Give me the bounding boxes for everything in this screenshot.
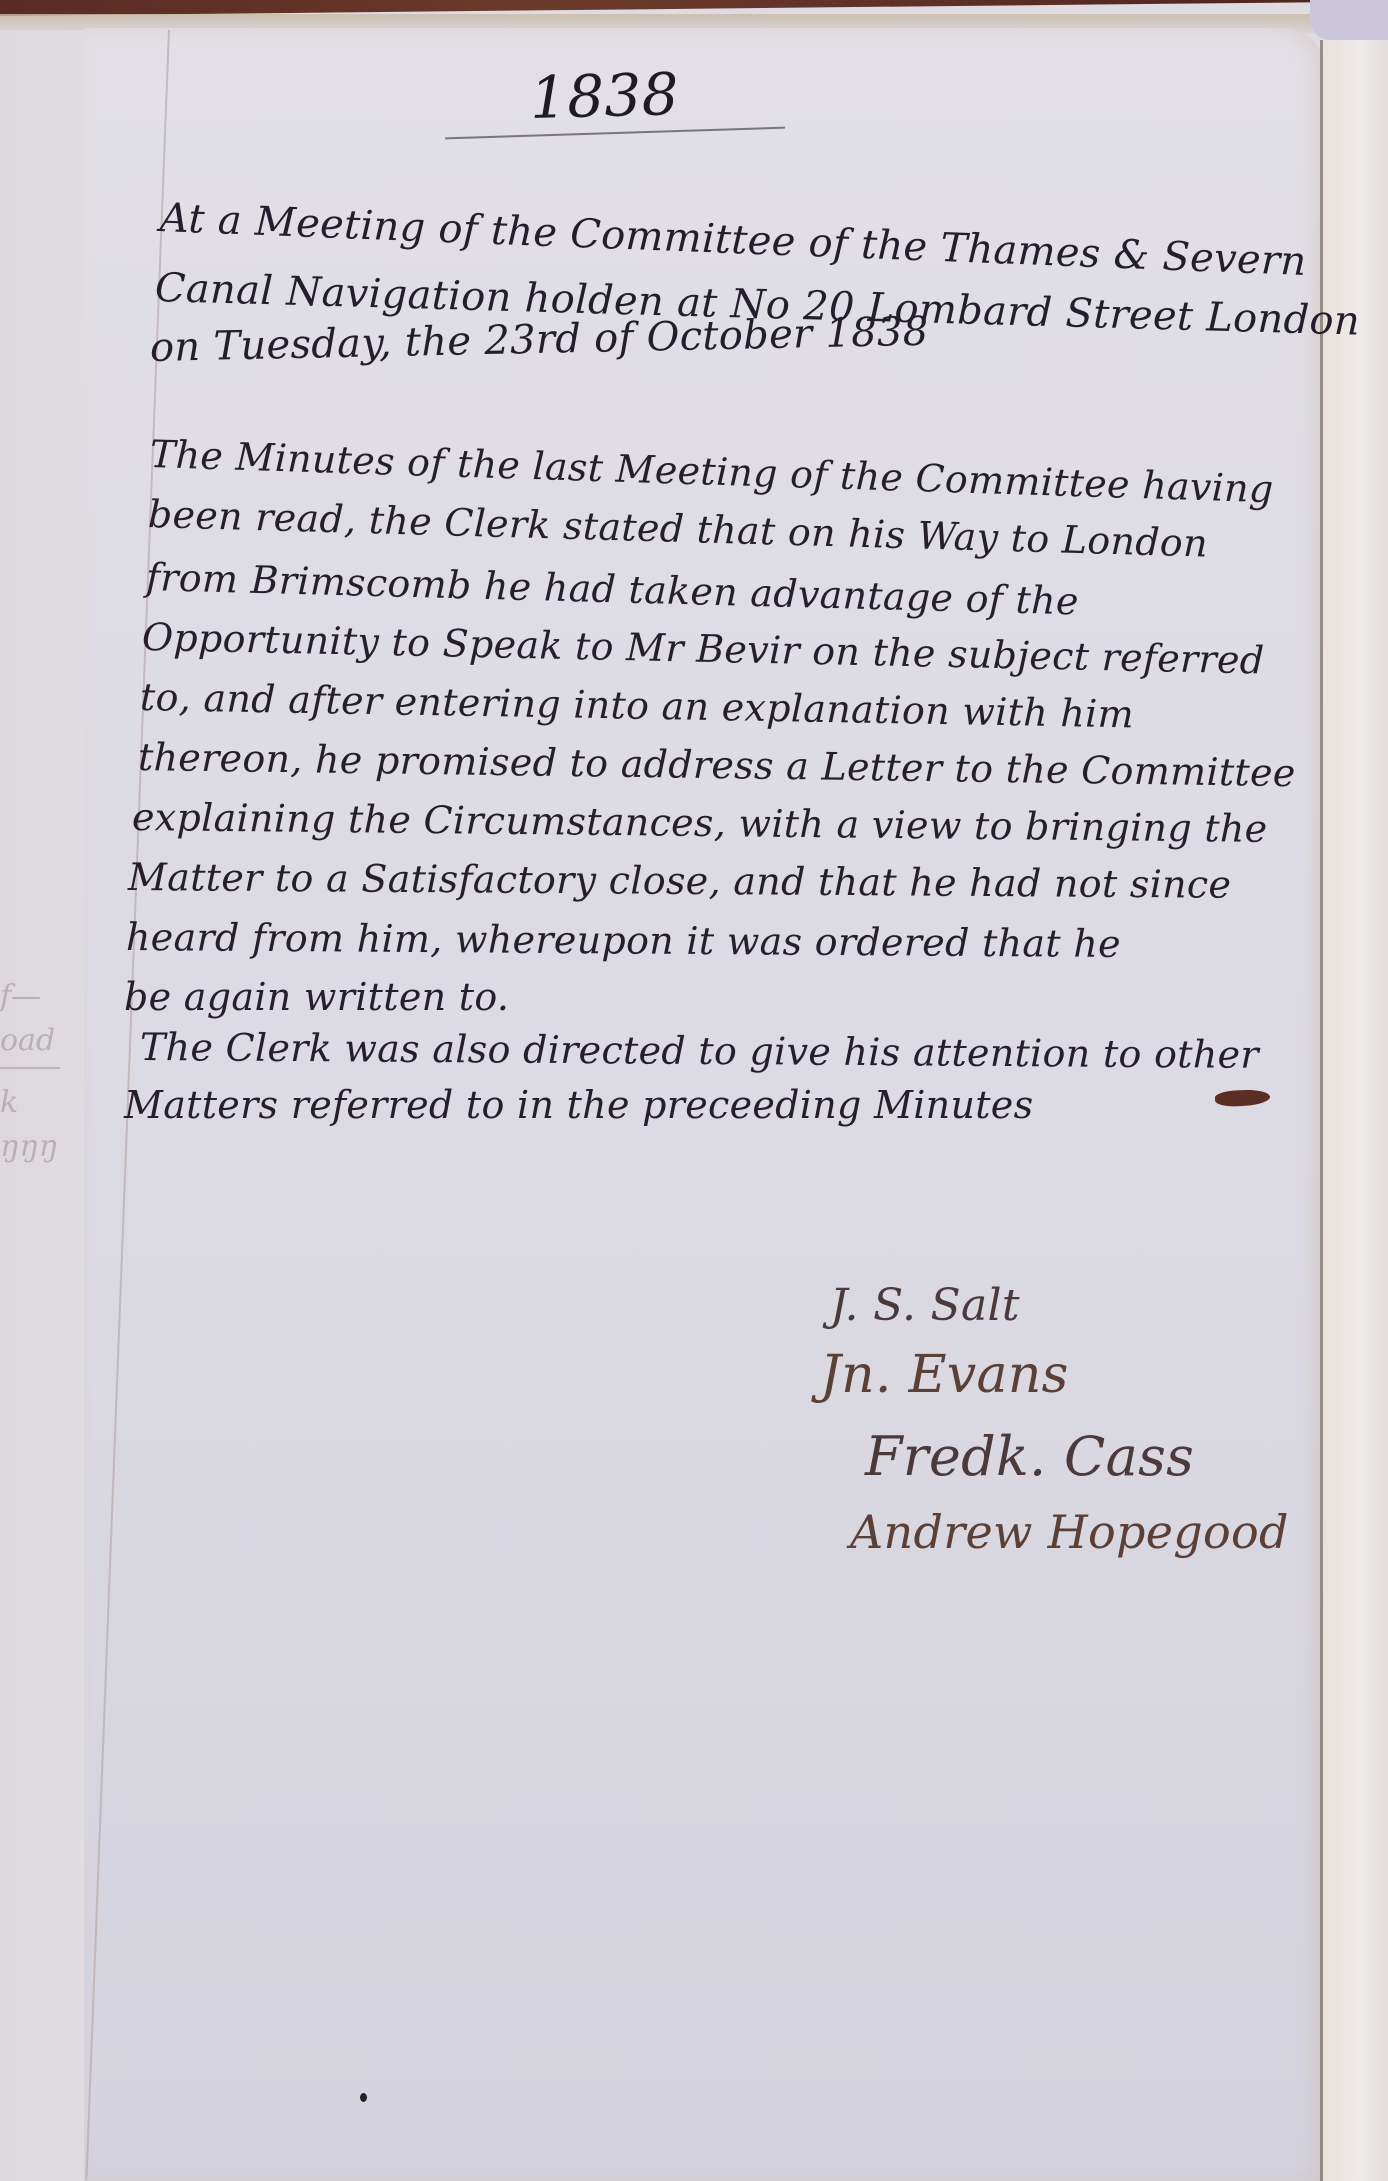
faded-margin-notes: f— oad k ŋŋŋ xyxy=(0,975,80,1169)
next-page-edge xyxy=(1323,40,1388,2181)
margin-note: f— xyxy=(0,975,80,1019)
body-line: The Clerk was also directed to give his … xyxy=(140,1025,1259,1077)
year-header: 1838 xyxy=(529,60,680,132)
body-line: Matters referred to in the preceeding Mi… xyxy=(124,1083,1033,1127)
corner-tab xyxy=(1310,0,1388,40)
body-line: be again written to. xyxy=(124,975,509,1019)
margin-note-rule xyxy=(0,1067,60,1069)
signature: Andrew Hopegood xyxy=(850,1505,1289,1559)
document-photo: f— oad k ŋŋŋ 1838 At a Meeting of the Co… xyxy=(0,0,1388,2181)
signature: J. S. Salt xyxy=(830,1280,1020,1331)
body-line: Matter to a Satisfactory close, and that… xyxy=(128,855,1232,907)
body-line: heard from him, whereupon it was ordered… xyxy=(126,915,1121,966)
signature: Jn. Evans xyxy=(820,1345,1069,1405)
margin-note: oad xyxy=(0,1019,80,1063)
margin-note: ŋŋŋ xyxy=(0,1125,80,1169)
margin-note: k xyxy=(0,1081,80,1125)
signature: Fredk. Cass xyxy=(865,1425,1194,1488)
ink-speck xyxy=(360,2093,367,2102)
